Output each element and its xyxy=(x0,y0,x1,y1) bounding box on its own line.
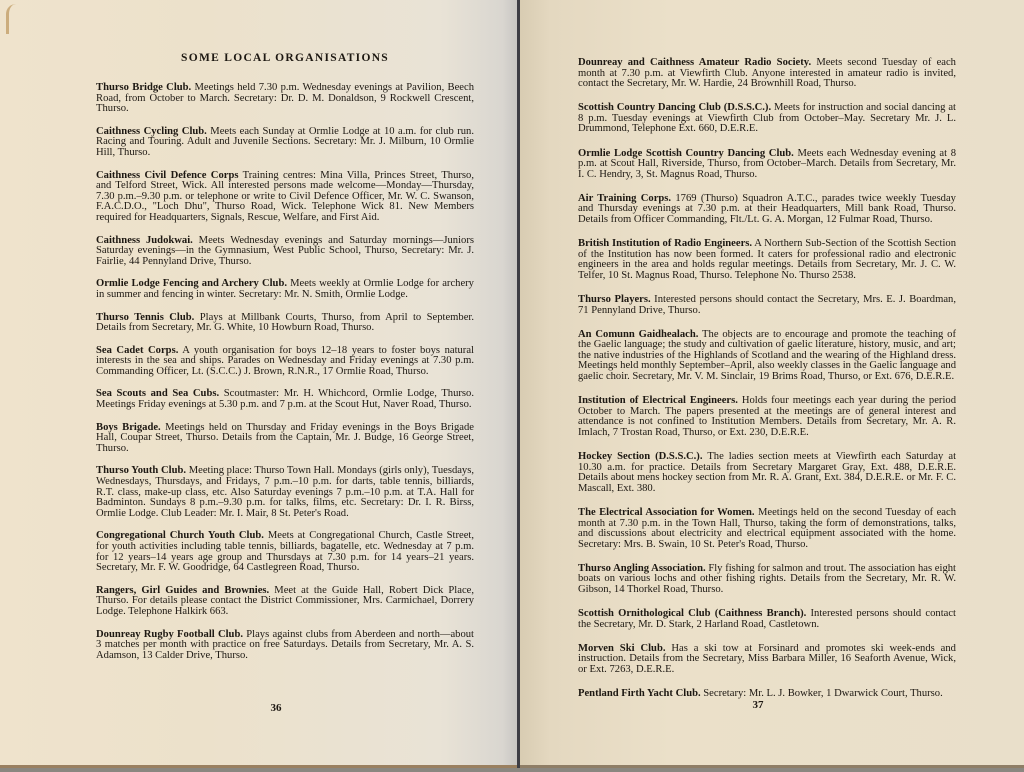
org-name: Sea Scouts and Sea Cubs. xyxy=(96,388,219,399)
org-entry: Dounreay and Caithness Amateur Radio Soc… xyxy=(578,58,956,90)
org-entry: Congregational Church Youth Club. Meets … xyxy=(96,531,474,573)
org-entry: Thurso Tennis Club. Plays at Millbank Co… xyxy=(96,313,474,334)
org-name: Thurso Angling Association. xyxy=(578,563,706,574)
right-page: Dounreay and Caithness Amateur Radio Soc… xyxy=(520,0,1024,768)
org-entry: Thurso Angling Association. Fly fishing … xyxy=(578,564,956,596)
org-name: Air Training Corps. xyxy=(578,193,671,204)
org-name: Caithness Judokwai. xyxy=(96,235,193,246)
org-name: An Comunn Gaidhealach. xyxy=(578,329,698,340)
org-name: The Electrical Association for Women. xyxy=(578,507,755,518)
page-title: SOME LOCAL ORGANISATIONS xyxy=(96,52,474,64)
org-name: Boys Brigade. xyxy=(96,422,161,433)
org-name: Thurso Bridge Club. xyxy=(96,82,191,93)
booklet-spread: SOME LOCAL ORGANISATIONS Thurso Bridge C… xyxy=(0,0,1024,772)
org-entry: Institution of Electrical Engineers. Hol… xyxy=(578,396,956,438)
org-name: Thurso Youth Club. xyxy=(96,465,186,476)
org-entry: Boys Brigade. Meetings held on Thursday … xyxy=(96,423,474,455)
org-entry: Scottish Ornithological Club (Caithness … xyxy=(578,609,956,630)
org-name: Thurso Players. xyxy=(578,294,651,305)
org-name: Thurso Tennis Club. xyxy=(96,312,194,323)
org-entry: Hockey Section (D.S.S.C.). The ladies se… xyxy=(578,452,956,494)
org-entry: Caithness Cycling Club. Meets each Sunda… xyxy=(96,127,474,159)
org-entry: Rangers, Girl Guides and Brownies. Meet … xyxy=(96,586,474,618)
org-entry: British Institution of Radio Engineers. … xyxy=(578,239,956,281)
org-name: Scottish Country Dancing Club (D.S.S.C.)… xyxy=(578,102,771,113)
page-stain xyxy=(6,4,25,34)
org-name: Ormlie Lodge Fencing and Archery Club. xyxy=(96,278,287,289)
org-name: Institution of Electrical Engineers. xyxy=(578,395,738,406)
org-entry: Sea Scouts and Sea Cubs. Scoutmaster: Mr… xyxy=(96,389,474,410)
org-entry: Thurso Bridge Club. Meetings held 7.30 p… xyxy=(96,83,474,115)
org-name: Ormlie Lodge Scottish Country Dancing Cl… xyxy=(578,148,794,159)
org-name: Congregational Church Youth Club. xyxy=(96,530,264,541)
org-entry: Caithness Judokwai. Meets Wednesday even… xyxy=(96,236,474,268)
org-description: Secretary: Mr. L. J. Bowker, 1 Dwarwick … xyxy=(701,688,943,699)
page-number: 36 xyxy=(256,702,296,714)
org-name: Morven Ski Club. xyxy=(578,643,665,654)
org-entry: Thurso Youth Club. Meeting place: Thurso… xyxy=(96,466,474,519)
org-entry: An Comunn Gaidhealach. The objects are t… xyxy=(578,330,956,383)
org-entry: The Electrical Association for Women. Me… xyxy=(578,508,956,550)
org-name: Scottish Ornithological Club (Caithness … xyxy=(578,608,806,619)
org-entry: Thurso Players. Interested persons shoul… xyxy=(578,295,956,316)
org-entry: Sea Cadet Corps. A youth organisation fo… xyxy=(96,346,474,378)
org-entry: Scottish Country Dancing Club (D.S.S.C.)… xyxy=(578,103,956,135)
org-entry: Dounreay Rugby Football Club. Plays agai… xyxy=(96,630,474,662)
left-page: SOME LOCAL ORGANISATIONS Thurso Bridge C… xyxy=(0,0,518,768)
page-number: 37 xyxy=(738,699,778,711)
right-page-content: Dounreay and Caithness Amateur Radio Soc… xyxy=(578,58,956,713)
org-name: Dounreay Rugby Football Club. xyxy=(96,629,243,640)
org-name: Dounreay and Caithness Amateur Radio Soc… xyxy=(578,57,811,68)
org-name: Rangers, Girl Guides and Brownies. xyxy=(96,585,269,596)
org-entry: Morven Ski Club. Has a ski tow at Forsin… xyxy=(578,644,956,676)
org-name: British Institution of Radio Engineers. xyxy=(578,238,752,249)
org-name: Caithness Civil Defence Corps xyxy=(96,170,238,181)
org-name: Hockey Section (D.S.S.C.). xyxy=(578,451,703,462)
org-name: Caithness Cycling Club. xyxy=(96,126,207,137)
org-entry: Caithness Civil Defence Corps Training c… xyxy=(96,171,474,224)
org-name: Pentland Firth Yacht Club. xyxy=(578,688,701,699)
org-name: Sea Cadet Corps. xyxy=(96,345,178,356)
org-entry: Ormlie Lodge Scottish Country Dancing Cl… xyxy=(578,149,956,181)
left-page-content: SOME LOCAL ORGANISATIONS Thurso Bridge C… xyxy=(96,52,474,673)
org-entry: Ormlie Lodge Fencing and Archery Club. M… xyxy=(96,279,474,300)
org-entry: Air Training Corps. 1769 (Thurso) Squadr… xyxy=(578,194,956,226)
